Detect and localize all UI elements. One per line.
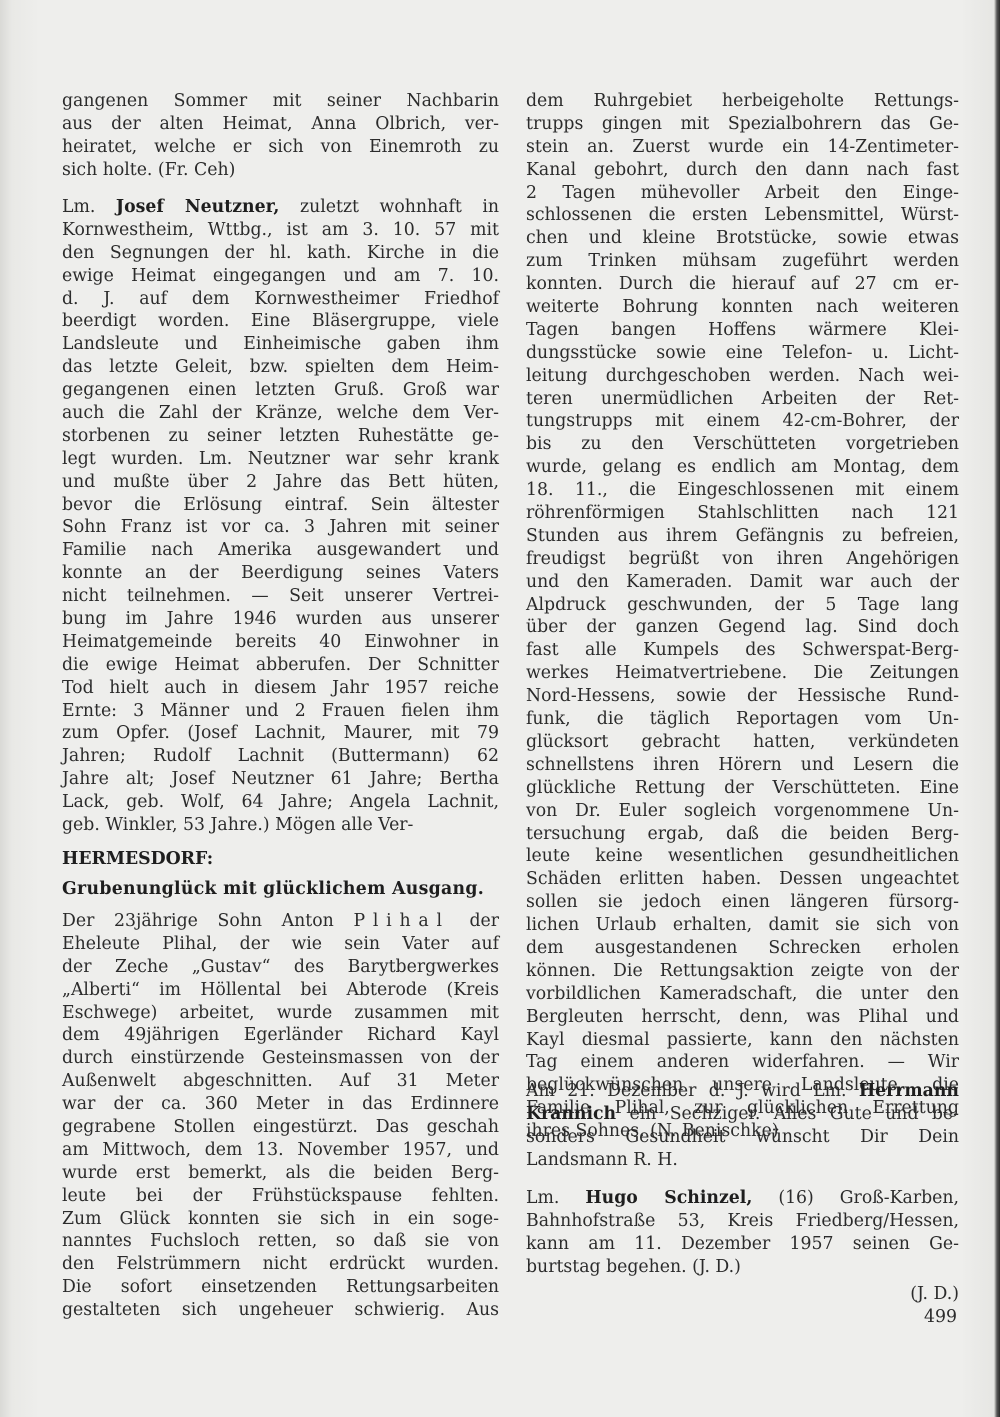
paragraph-obituary-neutzner: Lm. Josef Neutzner, zuletzt wohnhaft in … <box>62 196 499 837</box>
text-line: konnten. Durch die hierauf auf 27 cm er- <box>526 273 959 296</box>
text-line: Landsleute und Einheimische gaben ihm <box>62 333 499 356</box>
text-line: freudigst begrüßt von ihren Angehörigen <box>526 548 959 571</box>
bold-name: Herrmann <box>859 1081 959 1101</box>
text-line: war der ca. 360 Meter in das Erdinnere <box>62 1093 499 1116</box>
article-body-continued: dem Ruhrgebiet herbeigeholte Rettungs- t… <box>526 90 959 1143</box>
text-line: der Zeche „Gustav“ des Barytbergwerkes <box>62 956 499 979</box>
text-rest: der <box>450 911 499 931</box>
text-line: bis zu den Verschütteten vorgetrieben <box>526 433 959 456</box>
text-line: leitung durchgeschoben werden. Nach wei- <box>526 365 959 388</box>
text-line: gegangenen einen letzten Gruß. Groß war <box>62 379 499 402</box>
paragraph-birthday-schinzel: Lm. Hugo Schinzel, (16) Groß-Karben, Bah… <box>526 1187 959 1305</box>
text-line: die ewige Heimat abberufen. Der Schnitte… <box>62 654 499 677</box>
article-body-start: Der 23jährige Sohn Anton Plihal der Ehel… <box>62 910 499 1322</box>
text-line: können. Die Rettungsaktion zeigte von de… <box>526 960 959 983</box>
text-line: ewige Heimat eingegangen und am 7. 10. <box>62 265 499 288</box>
paragraph-birthday-krannich: Am 21. Dezember d. J. wird Lm. Herrmann … <box>526 1080 959 1172</box>
text-line: trupps gingen mit Spezialbohrern das Ge- <box>526 113 959 136</box>
text-line: Ernte: 3 Männer und 2 Frauen fielen ihm <box>62 700 499 723</box>
text-line: über der ganzen Gegend lag. Sind doch <box>526 616 959 639</box>
text-line: geb. Winkler, 53 Jahre.) Mögen alle Ver- <box>62 814 499 837</box>
text-line: weiterte Bohrung konnten nach weiteren <box>526 296 959 319</box>
text-line: das letzte Geleit, bzw. spielten dem Hei… <box>62 356 499 379</box>
text-line: dem Ruhrgebiet herbeigeholte Rettungs- <box>526 90 959 113</box>
text-line: gestalteten sich ungeheuer schwierig. Au… <box>62 1299 499 1322</box>
text-line: sich holte. (Fr. Ceh) <box>62 159 499 182</box>
text-line: von Dr. Euler sogleich vorgenommene Un- <box>526 800 959 823</box>
text-line: zum Opfer. (Josef Lachnit, Maurer, mit 7… <box>62 722 499 745</box>
text-line: Nord-Hessens, sowie der Hessische Rund- <box>526 685 959 708</box>
page-number: 499 <box>924 1307 957 1327</box>
text-line: schnellstens ihren Hörern und Lesern die <box>526 754 959 777</box>
text-line: 2 Tagen mühevoller Arbeit den Einge- <box>526 182 959 205</box>
text-line: am Mittwoch, dem 13. November 1957, und <box>62 1139 499 1162</box>
text-line: den Felstrümmern nicht erdrückt wurden. <box>62 1253 499 1276</box>
text-line: und mußte über 2 Jahre das Bett hüten, <box>62 471 499 494</box>
text-line: vorbildlichen Kameradschaft, die unter d… <box>526 983 959 1006</box>
bold-name: Josef Neutzner, <box>116 197 280 217</box>
text-line: Krannich ein Sechziger. Alles Gute und b… <box>526 1103 959 1126</box>
text-line: Kayl diesmal passierte, kann den nächste… <box>526 1029 959 1052</box>
text-line: heiratet, welche er sich von Einemroth z… <box>62 136 499 159</box>
text-line: leute keine wesentlichen gesundheitliche… <box>526 845 959 868</box>
paragraph-marriage-end: gangenen Sommer mit seiner Nachbarin aus… <box>62 90 499 182</box>
bold-name: Krannich <box>526 1104 616 1124</box>
text-line: wurde, gelang es endlich am Montag, dem <box>526 456 959 479</box>
text-line: leute bei der Frühstückspause fehlten. <box>62 1185 499 1208</box>
text-line: durch einstürzende Gesteinsmassen von de… <box>62 1047 499 1070</box>
text-line: sollen sie jedoch einen längeren fürsorg… <box>526 891 959 914</box>
text-line: Tod hielt auch in diesem Jahr 1957 reich… <box>62 677 499 700</box>
text-line: storbenen zu seiner letzten Ruhestätte g… <box>62 425 499 448</box>
text-line: stein an. Zuerst wurde ein 14-Zentimeter… <box>526 136 959 159</box>
text-rest: ein Sechziger. Alles Gute und be- <box>616 1104 959 1124</box>
text-line: dungsstücke sowie eine Telefon- u. Licht… <box>526 342 959 365</box>
prefix-text: Lm. <box>526 1188 585 1208</box>
spaced-name: Plihal <box>353 911 449 931</box>
text-line: nicht teilnehmen. — Seit unserer Vertrei… <box>62 585 499 608</box>
text-line: tungstrupps mit einem 42-cm-Bohrer, der <box>526 410 959 433</box>
text-line: d. J. auf dem Kornwestheimer Friedhof <box>62 288 499 311</box>
text-line: gegrabene Stollen eingestürzt. Das gesch… <box>62 1116 499 1139</box>
text-line: Eheleute Plihal, der wie sein Vater auf <box>62 933 499 956</box>
text-line: Lm. Hugo Schinzel, (16) Groß-Karben, <box>526 1187 959 1210</box>
text-line: dem ausgestandenen Schrecken erholen <box>526 937 959 960</box>
text-line: kann am 11. Dezember 1957 seinen Ge- <box>526 1233 959 1256</box>
text-line: Tag einem anderen widerfahren. — Wir <box>526 1051 959 1074</box>
text-line: Familie nach Amerika ausgewandert und <box>62 539 499 562</box>
text-line: fast alle Kumpels des Schwerspat-Berg- <box>526 639 959 662</box>
text-line: wurde erst bemerkt, als die beiden Berg- <box>62 1162 499 1185</box>
text-line: funk, die täglich Reportagen vom Un- <box>526 708 959 731</box>
text-line: Sohn Franz ist vor ca. 3 Jahren mit sein… <box>62 516 499 539</box>
prefix-text: Am 21. Dezember d. J. wird Lm. <box>526 1081 859 1101</box>
text-line: bung im Jahre 1946 wurden aus unserer <box>62 608 499 631</box>
text-line: chen und kleine Brotstücke, sowie etwas <box>526 227 959 250</box>
text-line: Der 23jährige Sohn Anton Plihal der <box>62 910 499 933</box>
scanned-page: gangenen Sommer mit seiner Nachbarin aus… <box>0 0 1000 1417</box>
text-line: und den Kameraden. Damit war auch der <box>526 571 959 594</box>
text-line: Jahren; Rudolf Lachnit (Buttermann) 62 <box>62 745 499 768</box>
text-line: Zum Glück konnten sie sich in ein soge- <box>62 1208 499 1231</box>
section-heading: HERMESDORF: <box>62 848 499 871</box>
text-line: Jahre alt; Josef Neutzner 61 Jahre; Bert… <box>62 768 499 791</box>
text-line: gangenen Sommer mit seiner Nachbarin <box>62 90 499 113</box>
text-line: Stunden aus ihrem Gefängnis zu befreien, <box>526 525 959 548</box>
prefix-text: Lm. <box>62 197 116 217</box>
bold-name: Hugo Schinzel, <box>585 1188 752 1208</box>
text-line: Heimatgemeinde bereits 40 Einwohner in <box>62 631 499 654</box>
text-line: konnte an der Beerdigung seines Vaters <box>62 562 499 585</box>
text-line: glückliche Rettung der Verschütteten. Ei… <box>526 777 959 800</box>
text-line: 18. 11., die Eingeschlossenen mit einem <box>526 479 959 502</box>
text-line: tersuchung ergab, daß die beiden Berg- <box>526 823 959 846</box>
text-line: auch die Zahl der Kränze, welche dem Ver… <box>62 402 499 425</box>
text-line: Eschwege) arbeitet, wurde zusammen mit <box>62 1002 499 1025</box>
text-line: Bahnhofstraße 53, Kreis Friedberg/Hessen… <box>526 1210 959 1233</box>
text-line: schlossenen die ersten Lebensmittel, Wür… <box>526 204 959 227</box>
text-line: zum Trinken mühsam zugeführt werden <box>526 250 959 273</box>
text-line: röhrenförmigen Stahlschlitten nach 121 <box>526 502 959 525</box>
text-rest: zuletzt wohnhaft in <box>279 197 499 217</box>
text-line: legt wurden. Lm. Neutzner war sehr krank <box>62 448 499 471</box>
text-line: Am 21. Dezember d. J. wird Lm. Herrmann <box>526 1080 959 1103</box>
text-line: „Alberti“ im Höllental bei Abterode (Kre… <box>62 979 499 1002</box>
text-line: beerdigt worden. Eine Bläsergruppe, viel… <box>62 310 499 333</box>
text-line: den Segnungen der hl. kath. Kirche in di… <box>62 242 499 265</box>
text-rest: (16) Groß-Karben, <box>752 1188 959 1208</box>
text-line: Landsmann R. H. <box>526 1149 959 1172</box>
text-line: Tagen bangen Hoffens wärmere Klei- <box>526 319 959 342</box>
text-line: Schäden erlitten haben. Dessen ungeachte… <box>526 868 959 891</box>
text-line: bevor die Erlösung eintraf. Sein älteste… <box>62 494 499 517</box>
text-line: aus der alten Heimat, Anna Olbrich, ver- <box>62 113 499 136</box>
text-line: Die sofort einsetzenden Rettungsarbeiten <box>62 1276 499 1299</box>
text-line: lichen Urlaub erhalten, damit sie sich v… <box>526 914 959 937</box>
text-line: nanntes Fuchsloch retten, so daß sie von <box>62 1230 499 1253</box>
prefix-text: Der 23jährige Sohn Anton <box>62 911 353 931</box>
text-line: glücksort gebracht hatten, verkündeten <box>526 731 959 754</box>
text-line: Lm. Josef Neutzner, zuletzt wohnhaft in <box>62 196 499 219</box>
text-line: Bergleuten herrscht, denn, was Plihal un… <box>526 1006 959 1029</box>
text-line: Außenwelt abgeschnitten. Auf 31 Meter <box>62 1070 499 1093</box>
text-line: werkes Heimatvertriebene. Die Zeitungen <box>526 662 959 685</box>
text-line: dem 49jährigen Egerländer Richard Kayl <box>62 1024 499 1047</box>
text-line: burtstag begehen. (J. D.) <box>526 1256 959 1279</box>
signature: (J. D.) <box>526 1283 959 1306</box>
text-line: teren unermüdlichen Arbeiten der Ret- <box>526 388 959 411</box>
text-line: Kanal gebohrt, durch den dann nach fast <box>526 159 959 182</box>
text-line: Kornwestheim, Wttbg., ist am 3. 10. 57 m… <box>62 219 499 242</box>
text-line: Lack, geb. Wolf, 64 Jahre; Angela Lachni… <box>62 791 499 814</box>
text-line: Alpdruck geschwunden, der 5 Tage lang <box>526 594 959 617</box>
text-line: sonders Gesundheit wünscht Dir Dein <box>526 1126 959 1149</box>
article-title: Grubenunglück mit glücklichem Ausgang. <box>62 878 499 901</box>
